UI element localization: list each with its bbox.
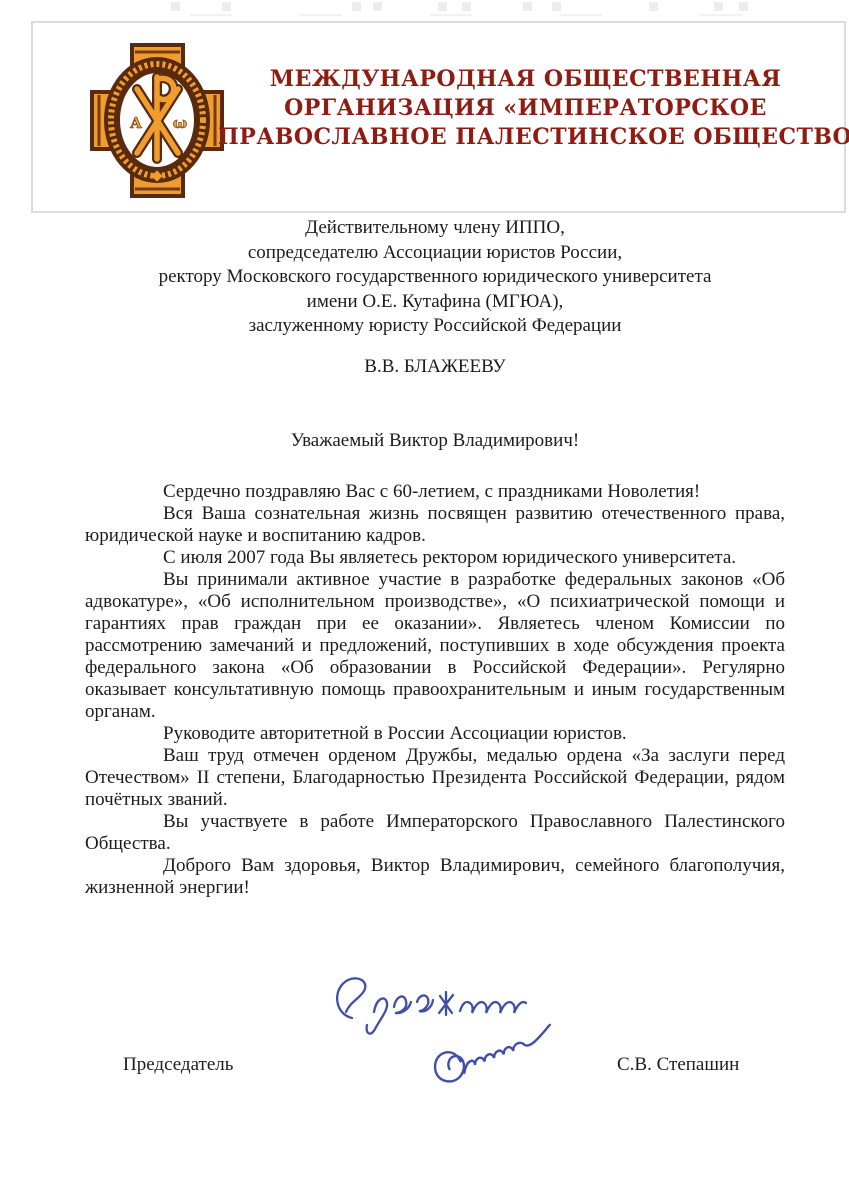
body-paragraph: Вы принимали активное участие в разработ… xyxy=(85,569,785,723)
alpha-letter: А xyxy=(130,114,143,132)
scan-artifact xyxy=(523,2,532,11)
org-title-line: ОРГАНИЗАЦИЯ «ИМПЕРАТОРСКОЕ xyxy=(218,94,833,123)
body-paragraph: С июля 2007 года Вы являетесь ректором ю… xyxy=(85,547,785,569)
scan-artifact xyxy=(300,14,342,16)
scan-artifact xyxy=(649,2,658,11)
recipient-line: имени О.Е. Кутафина (МГЮА), xyxy=(85,290,785,315)
scan-artifact xyxy=(171,2,180,11)
org-title: МЕЖДУНАРОДНАЯ ОБЩЕСТВЕННАЯ ОРГАНИЗАЦИЯ «… xyxy=(218,65,833,152)
letter-body: Сердечно поздравляю Вас с 60-летием, с п… xyxy=(85,481,785,899)
scan-artifact xyxy=(190,14,232,16)
org-title-line: ПРАВОСЛАВНОЕ ПАЛЕСТИНСКОЕ ОБЩЕСТВО» xyxy=(218,123,833,152)
scan-artifact xyxy=(560,14,602,16)
signer-name: С.В. Степашин xyxy=(617,1054,739,1076)
letterhead: А ω МЕЖДУНАРОДНАЯ ОБЩЕСТВЕННАЯ ОРГАНИЗАЦ… xyxy=(31,21,846,213)
recipient-name: В.В. БЛАЖЕЕВУ xyxy=(85,356,785,378)
ippo-emblem-icon: А ω xyxy=(90,43,224,198)
body-paragraph: Руководите авторитетной в России Ассоциа… xyxy=(85,723,785,745)
signer-title: Председатель xyxy=(123,1054,233,1076)
scan-artifact xyxy=(430,14,472,16)
org-title-line: МЕЖДУНАРОДНАЯ ОБЩЕСТВЕННАЯ xyxy=(218,65,833,94)
body-paragraph: Вся Ваша сознательная жизнь посвящен раз… xyxy=(85,503,785,547)
recipient-line: ректору Московского государственного юри… xyxy=(85,265,785,290)
body-paragraph: Сердечно поздравляю Вас с 60-летием, с п… xyxy=(85,481,785,503)
scan-artifact xyxy=(373,2,382,11)
letter-page: А ω МЕЖДУНАРОДНАЯ ОБЩЕСТВЕННАЯ ОРГАНИЗАЦ… xyxy=(0,0,849,1200)
recipient-line: сопредседателю Ассоциации юристов России… xyxy=(85,241,785,266)
scan-artifact xyxy=(714,2,723,11)
body-paragraph: Вы участвуете в работе Императорского Пр… xyxy=(85,811,785,855)
recipient-line: Действительному члену ИППО, xyxy=(85,216,785,241)
salutation: Уважаемый Виктор Владимирович! xyxy=(85,430,785,452)
scan-artifact xyxy=(739,2,748,11)
scan-artifact xyxy=(700,14,742,16)
scan-artifact xyxy=(462,2,471,11)
scan-artifact xyxy=(352,2,361,11)
scan-artifact xyxy=(222,2,231,11)
omega-letter: ω xyxy=(173,114,187,132)
recipient-block: Действительному члену ИППО,сопредседател… xyxy=(85,216,785,339)
scan-artifact xyxy=(552,2,561,11)
body-paragraph: Доброго Вам здоровья, Виктор Владимирови… xyxy=(85,855,785,899)
body-paragraph: Ваш труд отмечен орденом Дружбы, медалью… xyxy=(85,745,785,811)
scan-artifact xyxy=(438,2,447,11)
recipient-line: заслуженному юристу Российской Федерации xyxy=(85,314,785,339)
